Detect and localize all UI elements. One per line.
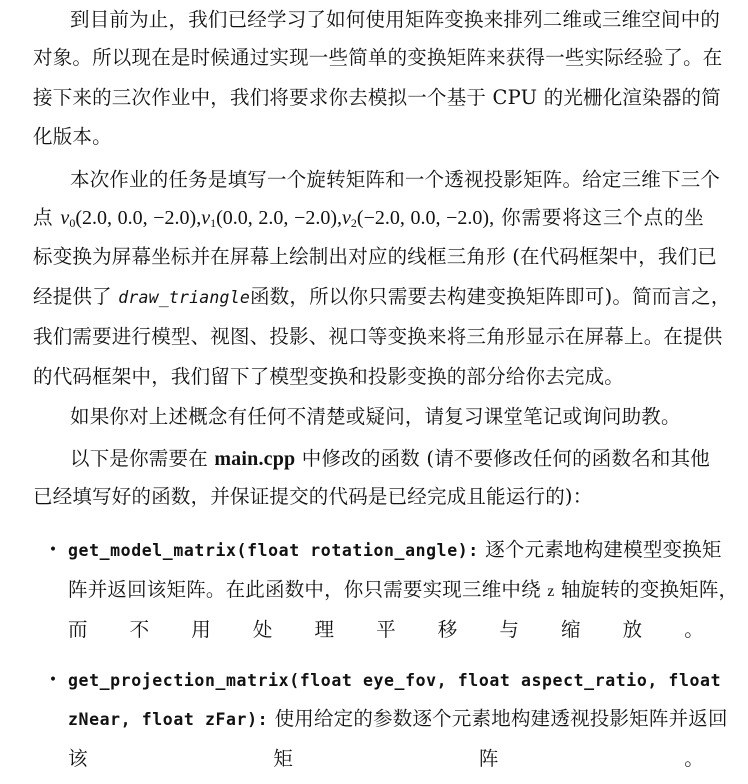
paragraph-1-line-3-text: 接下来的三次作业中，我们将要求你去模拟一个基于 CPU 的光栅化渲染器的简 bbox=[33, 86, 721, 109]
paragraph-1-line-3: 接下来的三次作业中，我们将要求你去模拟一个基于 CPU 的光栅化渲染器的简 bbox=[33, 83, 704, 113]
paragraph-2-line-4: 经提供了 draw_triangle函数，所以你只需要去构建变换矩阵即可)。简而… bbox=[33, 282, 704, 312]
vertex-v2: v2(−2.0, 0.0, −2.0), bbox=[342, 207, 494, 229]
function-item-1-line-1: get_model_matrix(float rotation_angle): … bbox=[68, 535, 704, 565]
get-projection-matrix-signature-2: zNear, float zFar): bbox=[68, 710, 268, 729]
bullet-icon: • bbox=[48, 535, 58, 565]
draw-triangle-suffix: 函数，所以你只需要去构建变换矩阵即可)。简而言之， bbox=[250, 285, 731, 308]
vertices-suffix: 你需要将这三个点的坐 bbox=[501, 206, 704, 229]
function-item-2-line-2: zNear, float zFar): 使用给定的参数逐个元素地构建透视投影矩阵… bbox=[68, 704, 704, 734]
function-item-2-line-1: get_projection_matrix(float eye_fov, flo… bbox=[68, 665, 704, 695]
paragraph-1-line-1: 到目前为止，我们已经学习了如何使用矩阵变换来排列二维或三维空间中的 bbox=[70, 5, 704, 35]
paragraph-1-line-2: 对象。所以现在是时候通过实现一些简单的变换矩阵来获得一些实际经验了。在 bbox=[33, 43, 704, 73]
function-item-1-desc-2a: 阵并返回该矩阵。在此函数中，你只需要实现三维中绕 bbox=[68, 578, 541, 601]
paragraph-1-line-4: 化版本。 bbox=[33, 122, 704, 152]
function-item-1-desc-2b: 轴旋转的变换矩阵， bbox=[561, 578, 738, 601]
function-item-1-line-3: 而不用处理平移与缩放。 bbox=[68, 615, 704, 645]
paragraph-3-line-1: 如果你对上述概念有任何不清楚或疑问，请复习课堂笔记或询问助教。 bbox=[70, 402, 704, 432]
paragraph-4-line-1: 以下是你需要在 main.cpp 中修改的函数 (请不要修改任何的函数名和其他 bbox=[70, 444, 704, 474]
main-cpp-suffix: 中修改的函数 (请不要修改任何的函数名和其他 bbox=[302, 447, 710, 470]
paragraph-2-line-1: 本次作业的任务是填写一个旋转矩阵和一个透视投影矩阵。给定三维下三个 bbox=[70, 165, 704, 195]
vertices-prefix: 点 bbox=[33, 206, 53, 229]
z-axis-label: z bbox=[547, 583, 554, 600]
bullet-icon: • bbox=[48, 665, 58, 695]
document-page: 到目前为止，我们已经学习了如何使用矩阵变换来排列二维或三维空间中的 对象。所以现… bbox=[0, 0, 748, 784]
vertex-v0: v0(2.0, 0.0, −2.0), bbox=[60, 207, 201, 229]
main-cpp-prefix: 以下是你需要在 bbox=[70, 447, 208, 470]
paragraph-2-line-3: 标变换为屏幕坐标并在屏幕上绘制出对应的线框三角形 (在代码框架中，我们已 bbox=[33, 242, 704, 272]
get-model-matrix-signature: get_model_matrix(float rotation_angle): bbox=[68, 541, 479, 560]
function-item-1-desc-1: 逐个元素地构建模型变换矩 bbox=[485, 538, 721, 561]
paragraph-2-line-2: 点 v0(2.0, 0.0, −2.0),v1(0.0, 2.0, −2.0),… bbox=[33, 203, 704, 233]
function-item-1-line-2: 阵并返回该矩阵。在此函数中，你只需要实现三维中绕 z 轴旋转的变换矩阵， bbox=[68, 575, 704, 605]
function-item-2-line-3: 该矩阵。 bbox=[68, 744, 704, 774]
function-item-2-desc-2: 使用给定的参数逐个元素地构建透视投影矩阵并返回 bbox=[275, 707, 728, 730]
draw-triangle-code: draw_triangle bbox=[118, 288, 250, 307]
get-projection-matrix-signature-1: get_projection_matrix(float eye_fov, flo… bbox=[68, 671, 721, 690]
paragraph-2-line-5: 我们需要进行模型、视图、投影、视口等变换来将三角形显示在屏幕上。在提供 bbox=[33, 322, 704, 352]
main-cpp-filename: main.cpp bbox=[214, 448, 295, 470]
paragraph-4-line-2: 已经填写好的函数，并保证提交的代码是已经完成且能运行的)： bbox=[33, 482, 704, 512]
vertex-v1: v1(0.0, 2.0, −2.0), bbox=[201, 207, 342, 229]
draw-triangle-prefix: 经提供了 bbox=[33, 285, 112, 308]
paragraph-2-line-6: 的代码框架中，我们留下了模型变换和投影变换的部分给你去完成。 bbox=[33, 362, 704, 392]
